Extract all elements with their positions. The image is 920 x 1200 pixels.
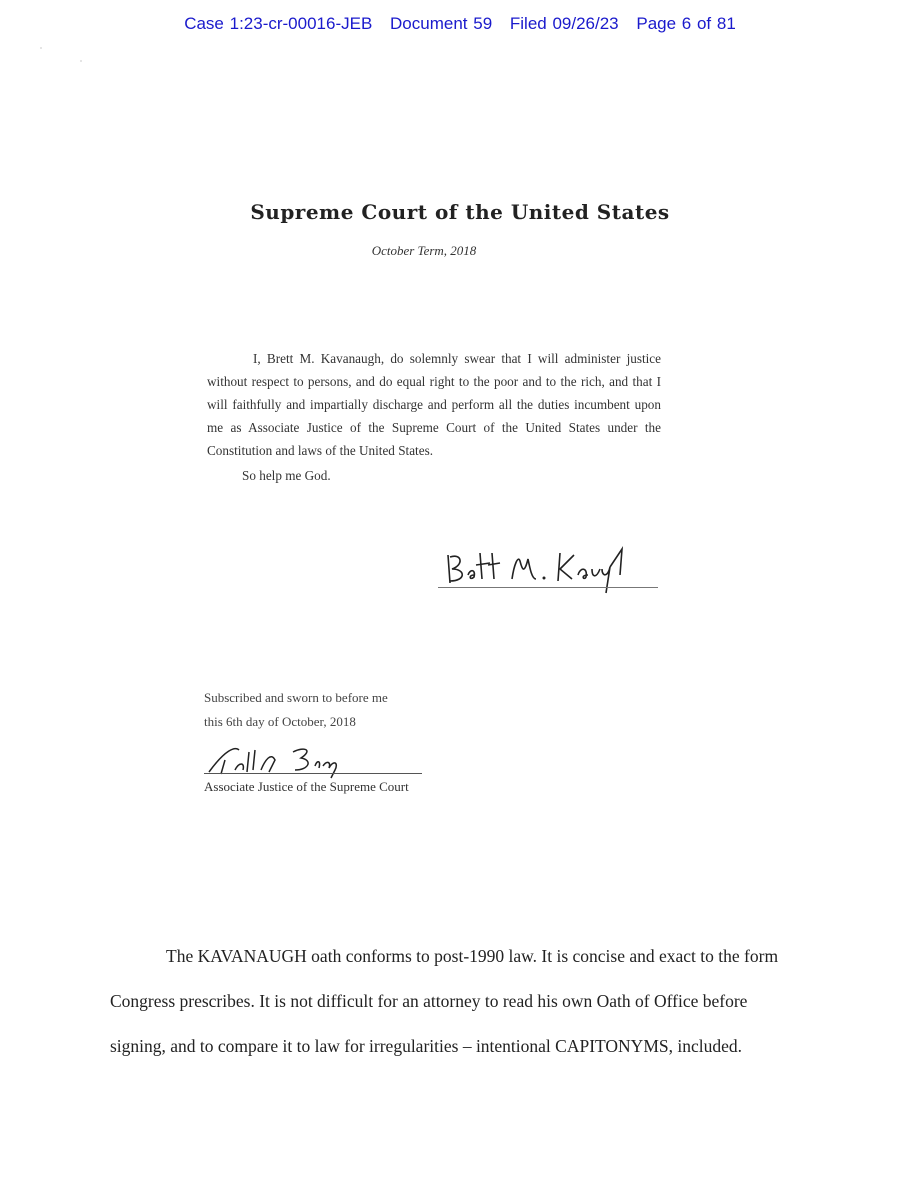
administering-title: Associate Justice of the Supreme Court [204,779,409,795]
signature-line [438,587,658,588]
court-title: Supreme Court of the United States [0,200,920,224]
signature-line [204,773,422,774]
sworn-line-2: this 6th day of October, 2018 [204,710,388,734]
sworn-statement: Subscribed and sworn to before me this 6… [204,686,388,734]
oath-paragraph: I, Brett M. Kavanaugh, do solemnly swear… [207,347,661,462]
filed-date: Filed 09/26/23 [510,14,619,33]
case-header: Case 1:23-cr-00016-JEB Document 59 Filed… [0,14,920,34]
administering-justice-signature [205,740,375,780]
sworn-line-1: Subscribed and sworn to before me [204,686,388,710]
case-number: Case 1:23-cr-00016-JEB [184,14,372,33]
term-line: October Term, 2018 [0,243,848,259]
oath-closing: So help me God. [242,468,331,484]
scan-speck [40,47,42,49]
scan-speck [80,60,82,62]
document-number: Document 59 [390,14,492,33]
page-number: Page 6 of 81 [636,14,735,33]
commentary-paragraph: The KAVANAUGH oath conforms to post-1990… [110,934,790,1069]
